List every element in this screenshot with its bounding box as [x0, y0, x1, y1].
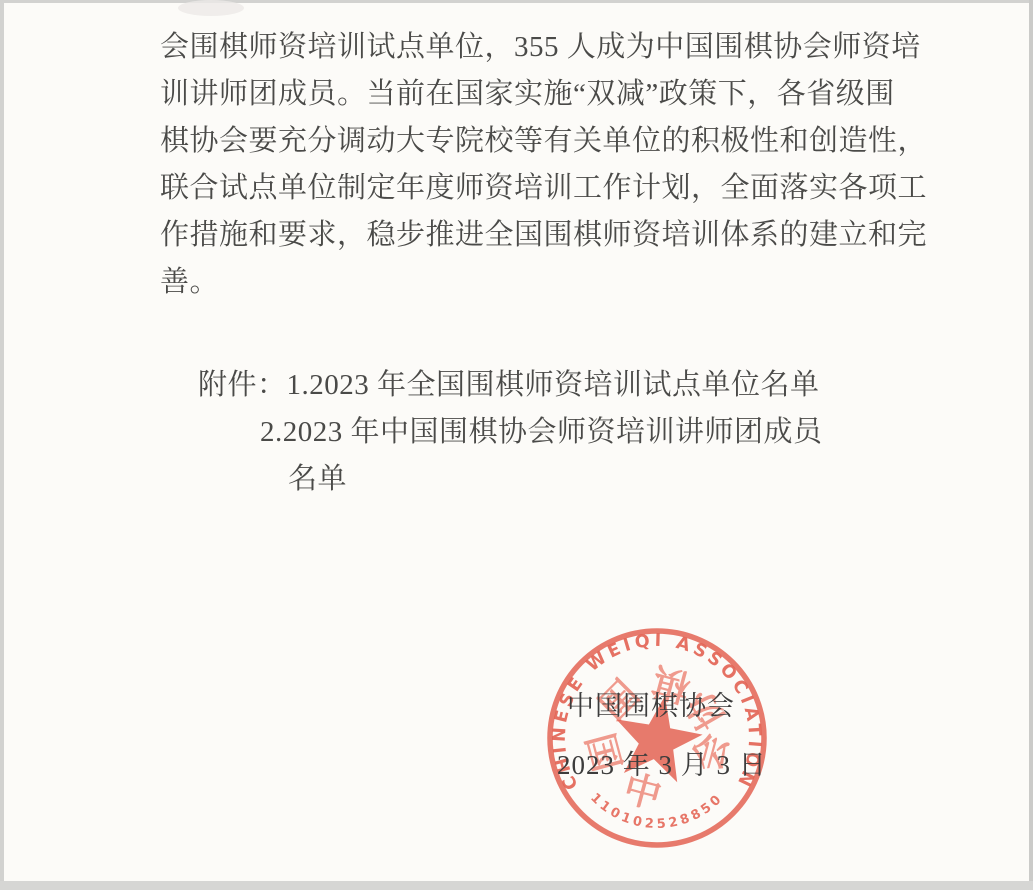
body-paragraph: 会围棋师资培训试点单位，355 人成为中国围棋协会师资培 训讲师团成员。当前在国…: [160, 24, 927, 306]
official-seal: CHINESE WEIQI ASSOCIATION 110102528850 中…: [543, 624, 771, 852]
attachment-line-2: 2.2023 年中国围棋协会师资培训讲师团成员: [198, 409, 823, 456]
body-line-2: 训讲师团成员。当前在国家实施“双减”政策下，各省级围: [160, 71, 927, 118]
body-line-1: 会围棋师资培训试点单位，355 人成为中国围棋协会师资培: [160, 24, 927, 71]
scan-edge-right: [1029, 0, 1033, 890]
scan-artifact: [178, 0, 244, 16]
scan-edge-left: [0, 0, 4, 890]
signature-org: 中国围棋协会: [567, 684, 735, 723]
scan-edge-bottom: [0, 881, 1033, 890]
attachment-line-1: 附件：1.2023 年全国围棋师资培训试点单位名单: [198, 362, 823, 409]
body-line-6: 善。: [160, 259, 927, 306]
body-line-4: 联合试点单位制定年度师资培训工作计划，全面落实各项工: [160, 165, 927, 212]
signature-date: 2023 年 3 月 3 日: [557, 743, 767, 782]
body-line-5: 作措施和要求，稳步推进全国围棋师资培训体系的建立和完: [160, 212, 927, 259]
document-page: 会围棋师资培训试点单位，355 人成为中国围棋协会师资培 训讲师团成员。当前在国…: [0, 0, 1033, 890]
body-line-3: 棋协会要充分调动大专院校等有关单位的积极性和创造性，: [160, 118, 927, 165]
scan-edge-top: [0, 0, 1033, 3]
attachment-block: 附件：1.2023 年全国围棋师资培训试点单位名单 2.2023 年中国围棋协会…: [198, 362, 823, 503]
attachment-line-3: 名单: [198, 456, 823, 503]
